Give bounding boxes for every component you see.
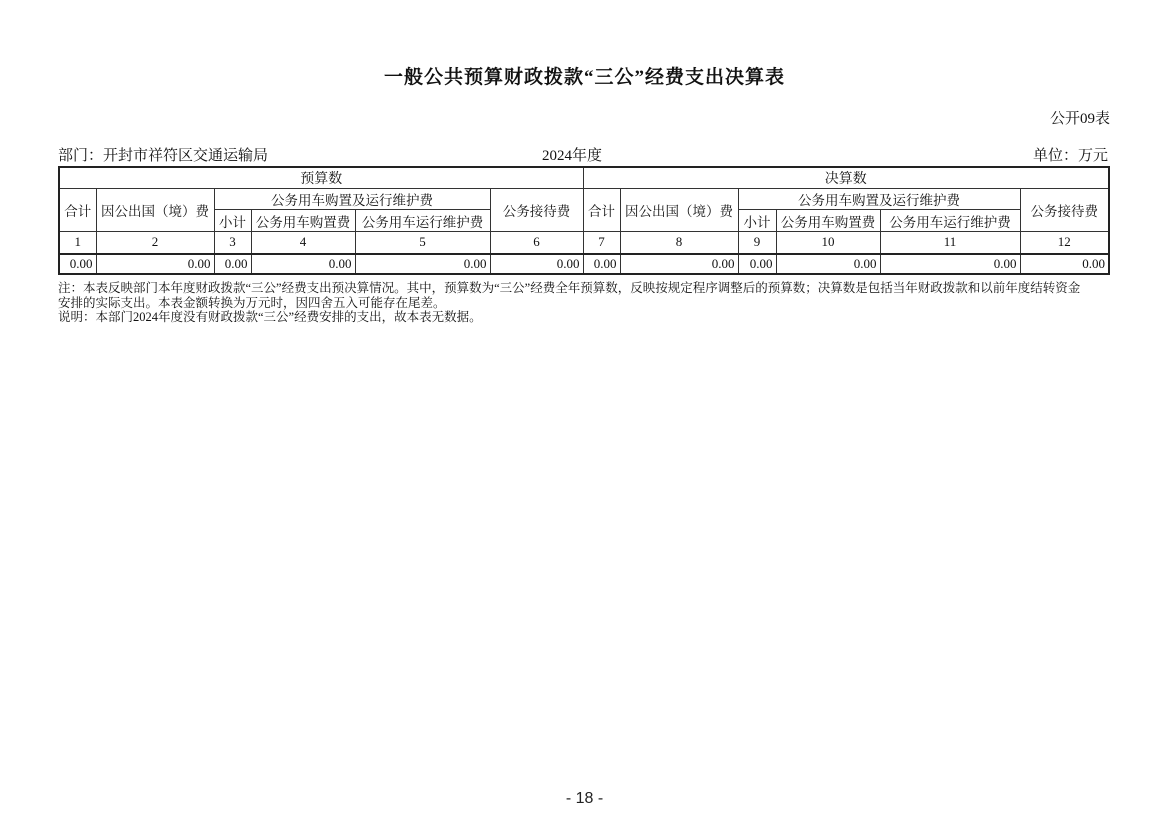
- col-header-final-vehicle-group: 公务用车购置及运行维护费: [738, 189, 1020, 210]
- value-cell: 0.00: [880, 254, 1020, 274]
- document-page: 一般公共预算财政拨款“三公”经费支出决算表 公开09表 部门：开封市祥符区交通运…: [0, 0, 1169, 826]
- col-header-final-reception: 公务接待费: [1020, 189, 1109, 232]
- col-header-budget-vehicle-group: 公务用车购置及运行维护费: [214, 189, 490, 210]
- value-cell: 0.00: [96, 254, 214, 274]
- col-header-budget-abroad: 因公出国（境）费: [96, 189, 214, 232]
- col-header-final-vehicle-subtotal: 小计: [738, 210, 776, 232]
- column-number-cell: 1: [59, 232, 96, 254]
- column-number-cell: 2: [96, 232, 214, 254]
- group-header-final: 决算数: [583, 167, 1109, 189]
- value-cell: 0.00: [214, 254, 251, 274]
- col-header-final-total: 合计: [583, 189, 620, 232]
- column-number-cell: 6: [490, 232, 583, 254]
- value-cell: 0.00: [59, 254, 96, 274]
- value-row: 0.00 0.00 0.00 0.00 0.00 0.00 0.00 0.00 …: [59, 254, 1109, 274]
- page-number: - 18 -: [0, 790, 1169, 808]
- fiscal-year-label: 2024年度: [542, 144, 602, 165]
- value-cell: 0.00: [1020, 254, 1109, 274]
- col-header-final-vehicle-operation: 公务用车运行维护费: [880, 210, 1020, 232]
- column-number-row: 1 2 3 4 5 6 7 8 9 10 11 12: [59, 232, 1109, 254]
- value-cell: 0.00: [776, 254, 880, 274]
- column-number-cell: 8: [620, 232, 738, 254]
- note-line: 说明：本部门2024年度没有财政拨款“三公”经费安排的支出，故本表无数据。: [58, 310, 1113, 325]
- col-header-budget-vehicle-purchase: 公务用车购置费: [251, 210, 355, 232]
- value-cell: 0.00: [583, 254, 620, 274]
- value-cell: 0.00: [620, 254, 738, 274]
- column-number-cell: 12: [1020, 232, 1109, 254]
- column-number-cell: 3: [214, 232, 251, 254]
- value-cell: 0.00: [251, 254, 355, 274]
- note-line: 注：本表反映部门本年度财政拨款“三公”经费支出预决算情况。其中，预算数为“三公”…: [58, 281, 1113, 296]
- value-cell: 0.00: [490, 254, 583, 274]
- note-line: 安排的实际支出。本表金额转换为万元时，因四舍五入可能存在尾差。: [58, 296, 1113, 311]
- table-notes: 注：本表反映部门本年度财政拨款“三公”经费支出预决算情况。其中，预算数为“三公”…: [58, 281, 1113, 325]
- department-label: 部门：开封市祥符区交通运输局: [58, 144, 268, 165]
- column-number-cell: 7: [583, 232, 620, 254]
- col-header-budget-vehicle-operation: 公务用车运行维护费: [355, 210, 490, 232]
- col-header-budget-vehicle-subtotal: 小计: [214, 210, 251, 232]
- column-number-cell: 11: [880, 232, 1020, 254]
- column-number-cell: 4: [251, 232, 355, 254]
- column-number-cell: 9: [738, 232, 776, 254]
- table-meta-row: 部门：开封市祥符区交通运输局 2024年度 单位：万元: [58, 144, 1108, 164]
- column-number-cell: 10: [776, 232, 880, 254]
- col-header-budget-total: 合计: [59, 189, 96, 232]
- document-title: 一般公共预算财政拨款“三公”经费支出决算表: [0, 62, 1169, 89]
- col-header-final-vehicle-purchase: 公务用车购置费: [776, 210, 880, 232]
- value-cell: 0.00: [738, 254, 776, 274]
- sheet-number-label: 公开09表: [1050, 107, 1110, 128]
- col-header-final-abroad: 因公出国（境）费: [620, 189, 738, 232]
- group-header-budget: 预算数: [59, 167, 583, 189]
- three-public-expense-table: 预算数 决算数 合计 因公出国（境）费 公务用车购置及运行维护费 公务接待费 合…: [58, 166, 1110, 275]
- col-header-budget-reception: 公务接待费: [490, 189, 583, 232]
- unit-label: 单位：万元: [1033, 144, 1108, 165]
- column-number-cell: 5: [355, 232, 490, 254]
- value-cell: 0.00: [355, 254, 490, 274]
